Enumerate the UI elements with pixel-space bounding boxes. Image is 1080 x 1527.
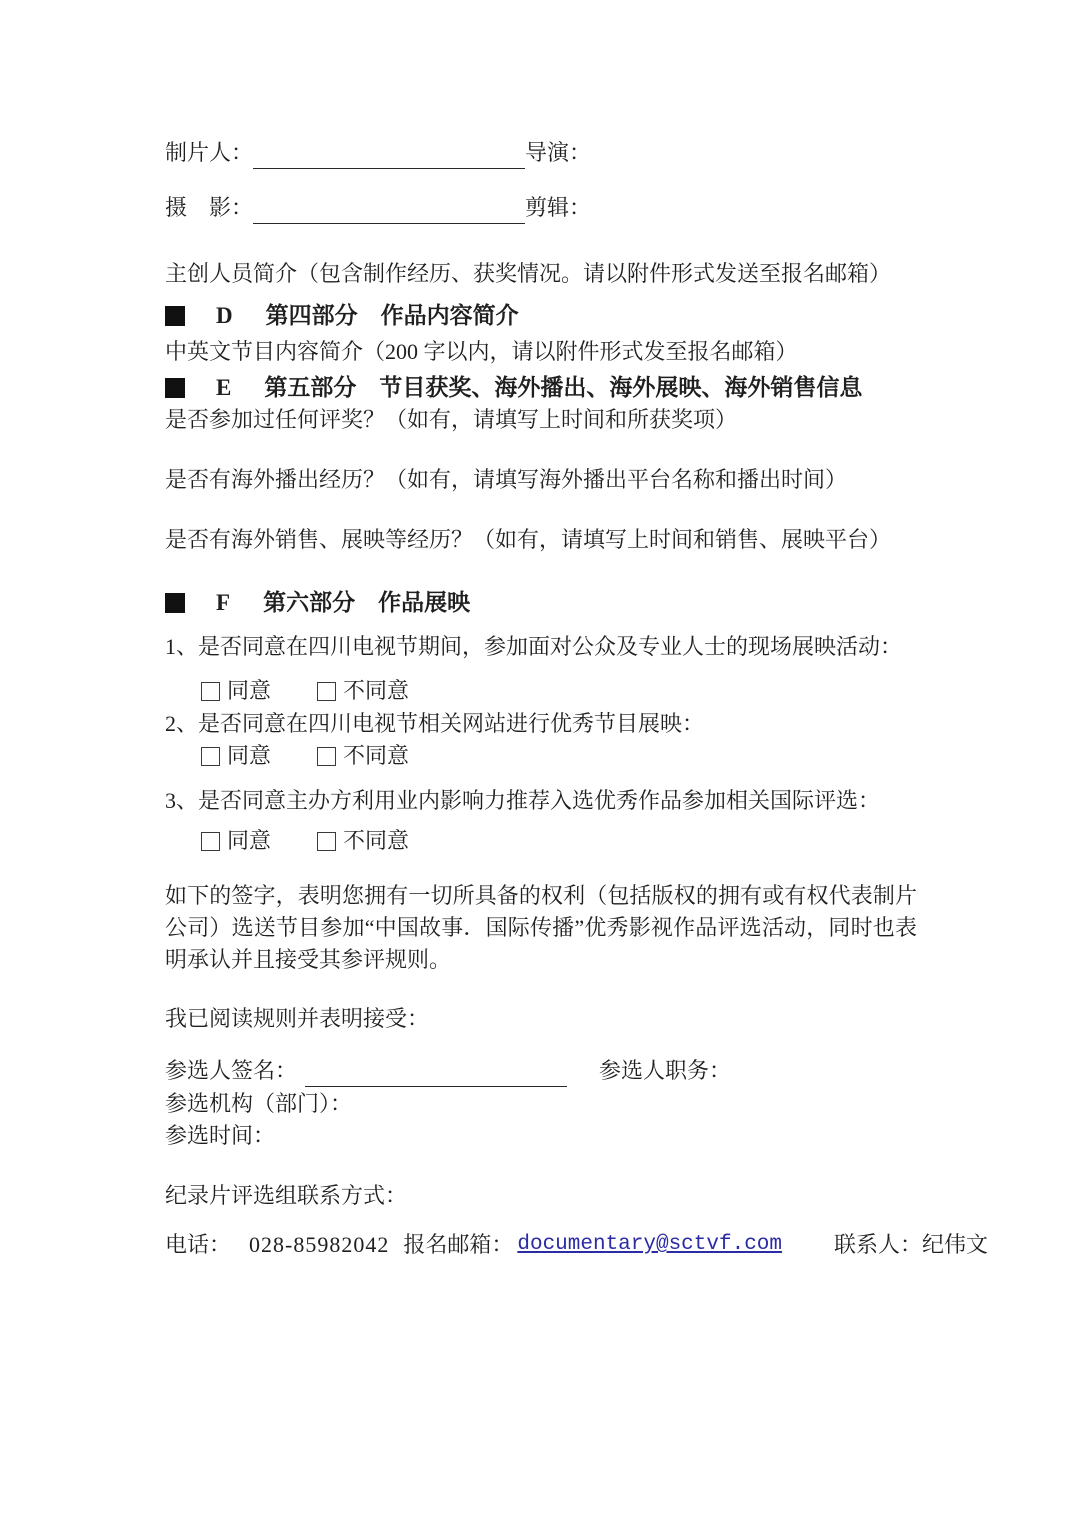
contact-heading: 纪录片评选组联系方式： — [165, 1180, 917, 1212]
screening-answer-row-3: 同意 不同意 — [165, 825, 917, 857]
disagree-label-2: 不同意 — [343, 740, 409, 772]
section-f-header: F 第六部分 作品展映 — [165, 587, 917, 619]
checkbox-disagree-2-icon[interactable] — [317, 747, 336, 766]
screening-answer-row-1: 同意 不同意 — [165, 675, 917, 707]
disagree-option-1[interactable]: 不同意 — [317, 675, 409, 707]
screening-question-1: 1、是否同意在四川电视节期间，参加面对公众及专业人士的现场展映活动： — [165, 631, 917, 663]
rules-accept-statement: 我已阅读规则并表明接受： — [165, 1003, 917, 1035]
section-f-letter: F — [216, 587, 230, 619]
section-e-header: E 第五部分 节目获奖、海外播出、海外展映、海外销售信息 — [165, 372, 917, 404]
director-label: 导演： — [525, 137, 591, 169]
section-f-part: 第六部分 — [263, 587, 355, 619]
crew-intro-text: 主创人员简介（包含制作经历、获奖情况。请以附件形式发送至报名邮箱） — [165, 258, 917, 290]
agree-option-2[interactable]: 同意 — [201, 740, 271, 772]
phone-label: 电话： — [165, 1229, 231, 1261]
phone-number: 028-85982042 — [249, 1229, 389, 1261]
disagree-label-3: 不同意 — [343, 825, 409, 857]
email-label: 报名邮箱： — [403, 1229, 513, 1261]
producer-field-blank[interactable] — [253, 143, 525, 169]
checkbox-disagree-3-icon[interactable] — [317, 832, 336, 851]
signer-label: 参选人签名： — [165, 1055, 297, 1087]
document-page: 制片人： 导演： 摄 影： 剪辑： 主创人员简介（包含制作经历、获奖情况。请以附… — [0, 0, 1080, 1527]
signature-field-blank[interactable] — [305, 1061, 567, 1087]
date-label: 参选时间： — [165, 1120, 917, 1152]
agree-option-1[interactable]: 同意 — [201, 675, 271, 707]
agree-label-3: 同意 — [227, 825, 271, 857]
contact-person-name: 纪伟文 — [922, 1229, 988, 1261]
disagree-option-2[interactable]: 不同意 — [317, 740, 409, 772]
question-overseas-broadcast: 是否有海外播出经历？（如有，请填写海外播出平台名称和播出时间） — [165, 464, 917, 496]
question-overseas-sales: 是否有海外销售、展映等经历？（如有，请填写上时间和销售、展映平台） — [165, 524, 917, 556]
checkbox-disagree-1-icon[interactable] — [317, 682, 336, 701]
black-square-icon — [165, 593, 185, 613]
section-d-header: D 第四部分 作品内容简介 — [165, 300, 917, 332]
camera-label: 摄 影： — [165, 192, 253, 224]
question-awards: 是否参加过任何评奖？（如有，请填写上时间和所获奖项） — [165, 404, 917, 436]
black-square-icon — [165, 306, 185, 326]
section-f-title: 作品展映 — [378, 587, 470, 619]
credits-row-camera: 摄 影： 剪辑： — [165, 192, 917, 224]
email-link[interactable]: documentary@sctvf.com — [517, 1229, 782, 1261]
agree-option-3[interactable]: 同意 — [201, 825, 271, 857]
section-d-body: 中英文节目内容简介（200 字以内，请以附件形式发至报名邮箱） — [165, 336, 917, 368]
agree-label-1: 同意 — [227, 675, 271, 707]
screening-answer-row-2: 同意 不同意 — [165, 740, 917, 772]
black-square-icon — [165, 378, 185, 398]
section-d-title: 作品内容简介 — [381, 300, 519, 332]
checkbox-agree-2-icon[interactable] — [201, 747, 220, 766]
section-d-letter: D — [216, 300, 233, 332]
camera-field-blank[interactable] — [253, 198, 525, 224]
producer-label: 制片人： — [165, 137, 253, 169]
agree-label-2: 同意 — [227, 740, 271, 772]
screening-question-2: 2、是否同意在四川电视节相关网站进行优秀节目展映： — [165, 708, 917, 740]
section-e-title: 节目获奖、海外播出、海外展映、海外销售信息 — [379, 372, 862, 404]
position-label: 参选人职务： — [599, 1055, 731, 1087]
disagree-label-1: 不同意 — [343, 675, 409, 707]
section-e-part: 第五部分 — [264, 372, 356, 404]
section-d-part: 第四部分 — [266, 300, 358, 332]
org-label: 参选机构（部门）： — [165, 1088, 917, 1120]
disagree-option-3[interactable]: 不同意 — [317, 825, 409, 857]
rights-declaration-paragraph: 如下的签字，表明您拥有一切所具备的权利（包括版权的拥有或有权代表制片公司）选送节… — [165, 880, 917, 976]
editor-label: 剪辑： — [525, 192, 591, 224]
contact-row: 电话： 028-85982042 报名邮箱： documentary@sctvf… — [165, 1229, 917, 1261]
credits-row-producer: 制片人： 导演： — [165, 137, 917, 169]
checkbox-agree-1-icon[interactable] — [201, 682, 220, 701]
document-content: 制片人： 导演： 摄 影： 剪辑： 主创人员简介（包含制作经历、获奖情况。请以附… — [165, 137, 917, 1261]
screening-question-3: 3、是否同意主办方利用业内影响力推荐入选优秀作品参加相关国际评选： — [165, 785, 917, 817]
checkbox-agree-3-icon[interactable] — [201, 832, 220, 851]
section-e-letter: E — [216, 372, 231, 404]
contact-person-label: 联系人： — [834, 1229, 922, 1261]
signature-row: 参选人签名： 参选人职务： — [165, 1055, 917, 1087]
